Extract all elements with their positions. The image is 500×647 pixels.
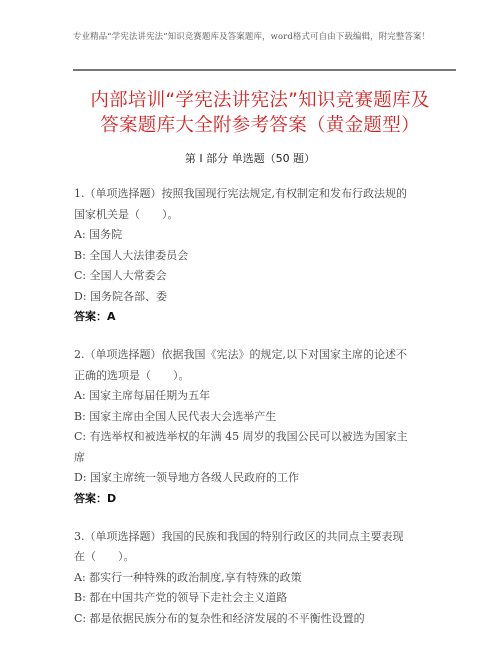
option-a: A: 国务院 <box>74 225 454 246</box>
document-title: 内部培训“学宪法讲宪法”知识竞赛题库及 答案题库大全附参考答案（黄金题型） <box>70 88 450 138</box>
option-d: D: 国务院各部、委 <box>74 287 454 308</box>
title-line-2: 答案题库大全附参考答案（黄金题型） <box>70 113 450 138</box>
option-c: C: 全国人大常委会 <box>74 266 454 287</box>
option-c-wrap: 席 <box>74 448 454 469</box>
option-b: B: 都在中国共产党的领导下走社会主义道路 <box>74 588 454 609</box>
option-b: B: 国家主席由全国人民代表大会选举产生 <box>74 407 454 428</box>
question-2: 2.（单项选择题）依据我国《宪法》的规定,以下对国家主席的论述不 正确的选项是（… <box>74 345 454 509</box>
header-note: 专业精品“学宪法讲宪法”知识竞赛题库及答案题库，word格式可自由下载编辑，附完… <box>73 29 433 43</box>
option-d: D: 国家主席统一领导地方各级人民政府的工作 <box>74 468 454 489</box>
option-a: A: 都实行一种特殊的政治制度,享有特殊的政策 <box>74 568 454 589</box>
section-title: 第 I 部分 单选题（50 题） <box>0 150 500 166</box>
option-a: A: 国家主席每届任期为五年 <box>74 386 454 407</box>
header-divider <box>73 69 456 71</box>
question-stem: 2.（单项选择题）依据我国《宪法》的规定,以下对国家主席的论述不 <box>74 345 454 366</box>
answer: 答案：D <box>74 489 454 509</box>
title-line-1: 内部培训“学宪法讲宪法”知识竞赛题库及 <box>70 88 450 113</box>
question-stem-cont: 在（ ）。 <box>74 547 454 568</box>
option-c: C: 有选举权和被选举权的年满 45 周岁的我国公民可以被选为国家主 <box>74 427 454 448</box>
option-b: B: 全国人大法律委员会 <box>74 246 454 267</box>
option-c: C: 都是依据民族分布的复杂性和经济发展的不平衡性设置的 <box>74 609 454 630</box>
question-1: 1.（单项选择题）按照我国现行宪法规定,有权制定和发布行政法规的 国家机关是（ … <box>74 184 454 327</box>
question-stem-cont: 正确的选项是（ ）。 <box>74 366 454 387</box>
question-stem: 1.（单项选择题）按照我国现行宪法规定,有权制定和发布行政法规的 <box>74 184 454 205</box>
question-3: 3.（单项选择题）我国的民族和我国的特别行政区的共同点主要表现 在（ ）。 A:… <box>74 527 454 630</box>
question-list: 1.（单项选择题）按照我国现行宪法规定,有权制定和发布行政法规的 国家机关是（ … <box>74 184 454 647</box>
answer: 答案：A <box>74 307 454 327</box>
question-stem-cont: 国家机关是（ ）。 <box>74 205 454 226</box>
question-stem: 3.（单项选择题）我国的民族和我国的特别行政区的共同点主要表现 <box>74 527 454 548</box>
